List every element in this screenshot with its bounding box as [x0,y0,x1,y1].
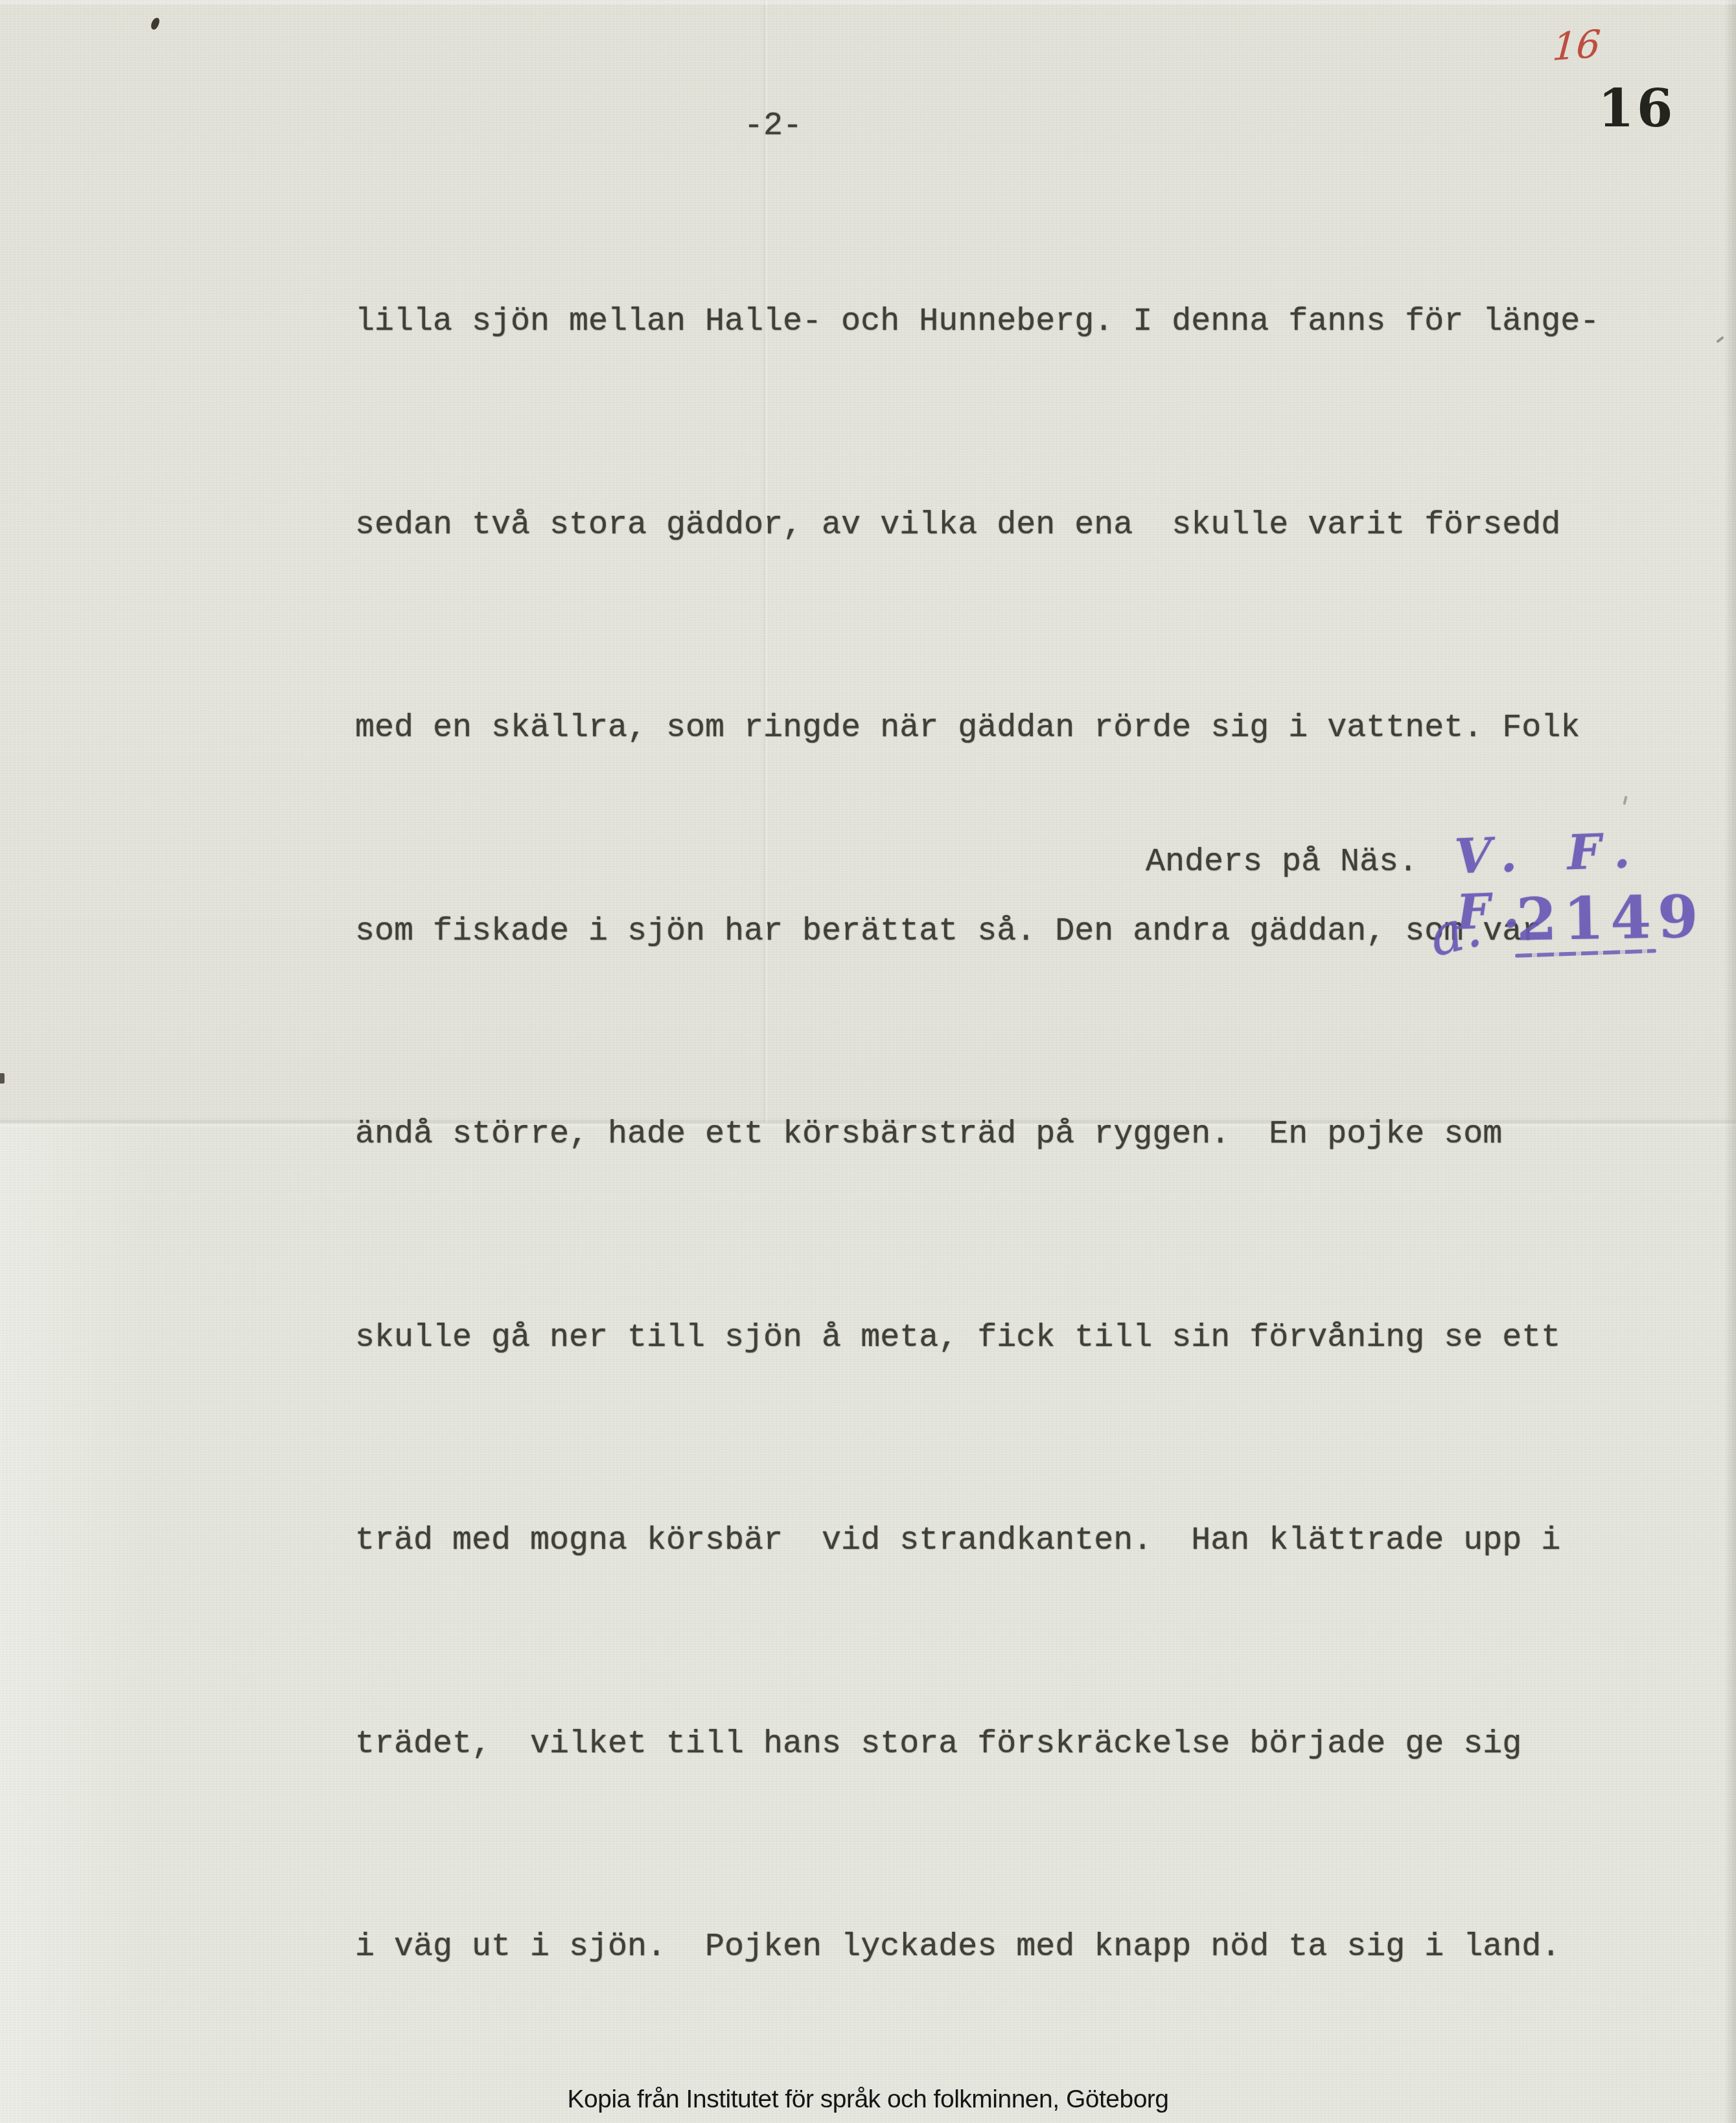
ink-speck [0,1073,5,1084]
text-line: lilla sjön mellan Halle- och Hunneberg. … [355,288,1599,356]
text-line: träd med mogna körsbär vid strandkanten.… [355,1507,1599,1575]
paper-tone-left-edge [0,1122,149,2123]
handwritten-folio-number: 16 [1551,21,1602,69]
page-number: -2- [744,108,802,145]
typewritten-body-text: lilla sjön mellan Halle- och Hunneberg. … [355,153,1599,2117]
scan-right-edge-shadow [1724,0,1736,2123]
text-line: sedan två stora gäddor, av vilka den ena… [355,492,1599,560]
text-line: trädet, vilket till hans stora förskräck… [355,1711,1599,1779]
archive-stamp-accession-number: 2149 [1516,882,1705,954]
signature: Anders på Näs. [1146,844,1418,881]
text-line: som fiskade i sjön har berättat så. Den … [355,898,1599,966]
text-line: i väg ut i sjön. Pojken lyckades med kna… [355,1914,1599,1982]
text-line: ändå större, hade ett körsbärsträd på ry… [355,1101,1599,1169]
text-line: med en skällra, som ringde när gäddan rö… [355,695,1599,763]
footer-caption: Kopia från Institutet för språk och folk… [0,2085,1736,2114]
printed-folio-number: 16 [1598,78,1675,139]
scan-top-edge-highlight [0,0,1736,5]
scanned-document-page: 16 16 -2- lilla sjön mellan Halle- och H… [0,0,1736,2123]
text-line: skulle gå ner till sjön å meta, fick til… [355,1305,1599,1373]
